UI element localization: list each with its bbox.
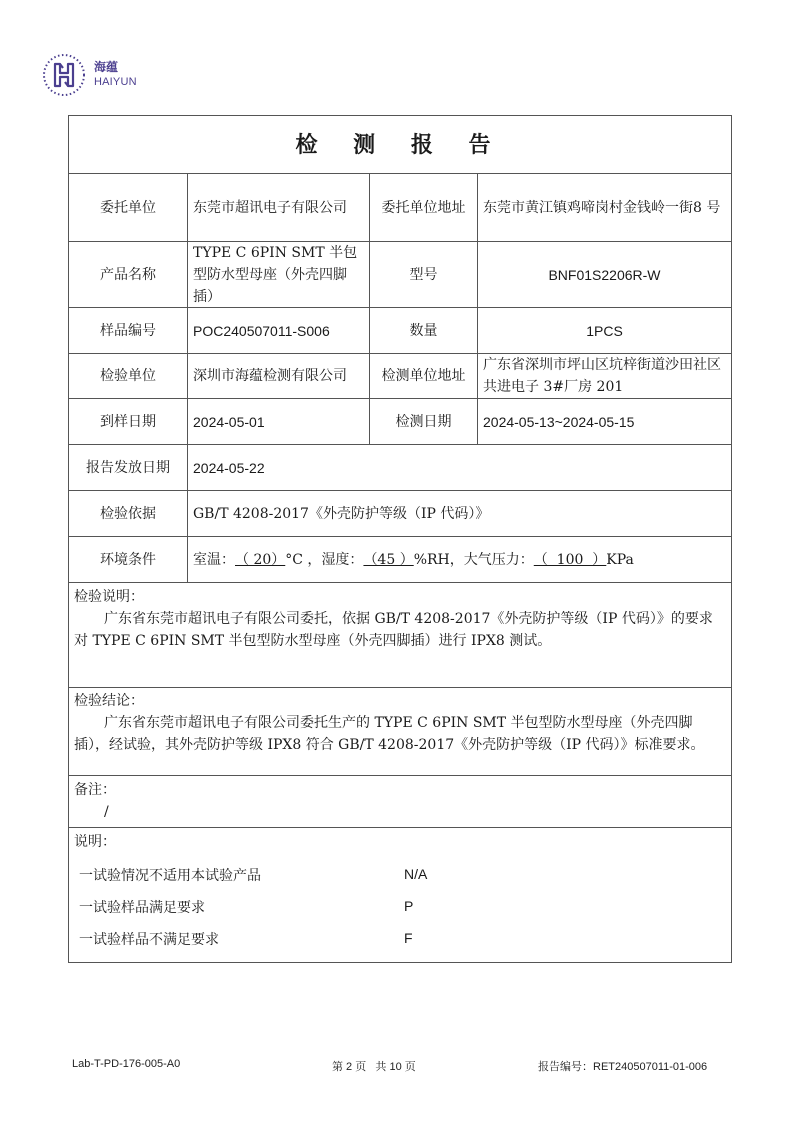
note-item: 一试验情况不适用本试验产品 xyxy=(79,865,261,885)
temp-label: 室温： xyxy=(193,549,235,571)
humidity-unit: %RH， xyxy=(414,549,464,571)
logo-name-cn: 海蕴 xyxy=(94,60,137,75)
quantity-value: 1PCS xyxy=(478,308,731,353)
logo-name-en: HAIYUN xyxy=(94,75,137,90)
test-date-label: 检测日期 xyxy=(370,399,477,444)
humidity-value: （45 ） xyxy=(363,549,413,571)
note-item: 一试验样品不满足要求 xyxy=(79,929,219,949)
note-code: F xyxy=(404,930,413,946)
report-number: 报告编号：RET240507011-01-006 xyxy=(538,1058,707,1074)
sample-no-value: POC240507011-S006 xyxy=(188,308,369,353)
remarks-heading: 备注： xyxy=(74,779,725,801)
quantity-label: 数量 xyxy=(370,308,477,353)
pressure-value: （ 100 ） xyxy=(534,549,607,571)
product-label: 产品名称 xyxy=(69,242,187,307)
env-label: 环境条件 xyxy=(69,537,187,582)
product-value: TYPE C 6PIN SMT 半包型防水型母座（外壳四脚插） xyxy=(188,242,369,307)
note-code: N/A xyxy=(404,866,427,882)
client-address-value: 东莞市黄江镇鸡啼岗村金钱岭一街8 号 xyxy=(478,174,731,241)
explanation-section: 检验说明： 广东省东莞市超讯电子有限公司委托，依据 GB/T 4208-2017… xyxy=(74,586,725,652)
form-number: Lab-T-PD-176-005-A0 xyxy=(72,1058,180,1070)
issue-date-value: 2024-05-22 xyxy=(188,445,731,490)
conclusion-text: 广东省东莞市超讯电子有限公司委托生产的 TYPE C 6PIN SMT 半包型防… xyxy=(74,712,725,756)
sample-no-label: 样品编号 xyxy=(69,308,187,353)
pressure-label: 大气压力： xyxy=(464,549,534,571)
lab-value: 深圳市海蕴检测有限公司 xyxy=(188,354,369,398)
report-title: 检 测 报 告 xyxy=(69,116,731,173)
client-value: 东莞市超讯电子有限公司 xyxy=(188,174,369,241)
company-logo: 海蕴 HAIYUN xyxy=(40,50,137,100)
model-label: 型号 xyxy=(370,242,477,307)
model-value: BNF01S2206R-W xyxy=(478,242,731,307)
report-table: 检 测 报 告 委托单位 东莞市超讯电子有限公司 委托单位地址 东莞市黄江镇鸡啼… xyxy=(68,115,732,963)
conclusion-section: 检验结论： 广东省东莞市超讯电子有限公司委托生产的 TYPE C 6PIN SM… xyxy=(74,690,725,756)
page-indicator: 第 2 页 共 10 页 xyxy=(332,1058,416,1074)
humidity-label: 湿度： xyxy=(321,549,363,571)
arrival-date-label: 到样日期 xyxy=(69,399,187,444)
lab-address-label: 检测单位地址 xyxy=(370,354,477,398)
env-conditions: 室温：（ 20）°C ， 湿度：（45 ）%RH， 大气压力：（ 100 ）KP… xyxy=(188,537,731,582)
basis-value: GB/T 4208-2017《外壳防护等级（IP 代码）》 xyxy=(188,491,731,536)
remarks-section: 备注： / xyxy=(74,779,725,823)
conclusion-heading: 检验结论： xyxy=(74,690,725,712)
client-label: 委托单位 xyxy=(69,174,187,241)
notes-heading: 说明： xyxy=(74,831,725,853)
client-address-label: 委托单位地址 xyxy=(370,174,477,241)
issue-date-label: 报告发放日期 xyxy=(69,445,187,490)
explanation-heading: 检验说明： xyxy=(74,586,725,608)
lab-address-value: 广东省深圳市坪山区坑梓街道沙田社区共进电子 3#厂房 201 xyxy=(478,354,731,398)
note-code: P xyxy=(404,898,413,914)
haiyun-logo-icon xyxy=(40,51,88,99)
explanation-text: 广东省东莞市超讯电子有限公司委托，依据 GB/T 4208-2017《外壳防护等… xyxy=(74,608,725,652)
pressure-unit: KPa xyxy=(606,549,634,571)
test-date-value: 2024-05-13~2024-05-15 xyxy=(478,399,731,444)
temp-unit: °C ， xyxy=(285,549,321,571)
basis-label: 检验依据 xyxy=(69,491,187,536)
temp-value: （ 20） xyxy=(235,549,285,571)
note-item: 一试验样品满足要求 xyxy=(79,897,205,917)
lab-label: 检验单位 xyxy=(69,354,187,398)
remarks-text: / xyxy=(74,801,725,823)
arrival-date-value: 2024-05-01 xyxy=(188,399,369,444)
